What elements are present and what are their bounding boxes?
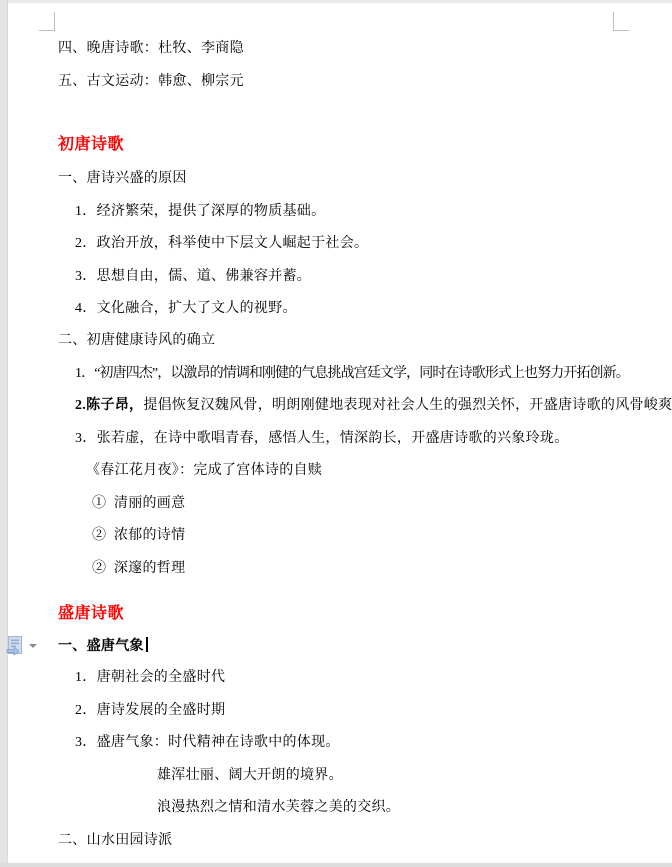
doc-line[interactable]: 五、古文运动：韩愈、柳宗元	[58, 73, 244, 91]
doc-line[interactable]: 1．“初唐四杰”，以激昂的情调和刚健的气息挑战宫廷文学，同时在诗歌形式上也努力开…	[75, 365, 629, 383]
text-run: 提倡恢复汉魏风骨，明朗刚健地表现对社会人生的强烈关怀，开盛唐诗歌的风骨峻爽。	[143, 398, 672, 413]
page-top-edge	[0, 0, 672, 3]
doc-line[interactable]: 一、唐诗兴盛的原因	[58, 170, 187, 188]
doc-line[interactable]: 二、山水田园诗派	[58, 832, 172, 850]
doc-line[interactable]: 4．文化融合，扩大了文人的视野。	[75, 300, 297, 318]
doc-line[interactable]: 3．张若虚，在诗中歌唱青春，感悟人生，情深韵长，开盛唐诗歌的兴象玲珑。	[75, 430, 569, 448]
doc-line[interactable]: ① 清丽的画意	[92, 495, 185, 513]
doc-line[interactable]: 3．盛唐气象：时代精神在诗歌中的体现。	[75, 734, 340, 752]
doc-line[interactable]: 《春江花月夜》：完成了宫体诗的自赎	[86, 462, 322, 480]
left-gutter	[0, 0, 8, 867]
margin-crop-mark-top-left	[39, 12, 55, 31]
doc-line[interactable]: ② 深邃的哲理	[92, 560, 185, 578]
doc-line[interactable]: 2．政治开放，科举使中下层文人崛起于社会。	[75, 235, 368, 253]
text-run: 一、盛唐气象	[58, 639, 144, 654]
doc-line[interactable]: 1．唐朝社会的全盛时代	[75, 669, 225, 687]
doc-line-with-caret[interactable]: 一、盛唐气象	[58, 637, 148, 656]
doc-line[interactable]: 浪漫热烈之情和清水芙蓉之美的交织。	[157, 799, 400, 817]
doc-line[interactable]: 二、初唐健康诗风的确立	[58, 332, 215, 350]
doc-line[interactable]: 1．经济繁荣，提供了深厚的物质基础。	[75, 203, 325, 221]
page-bottom-edge	[0, 863, 672, 867]
dropdown-arrow-icon	[29, 644, 37, 648]
doc-line[interactable]: 2．唐诗发展的全盛时期	[75, 702, 225, 720]
doc-line[interactable]: 雄浑壮丽、阔大开朗的境界。	[157, 767, 343, 785]
section-heading-early-tang[interactable]: 初唐诗歌	[58, 136, 124, 154]
margin-crop-mark-top-right	[613, 12, 629, 31]
paste-options-button[interactable]	[6, 634, 44, 658]
doc-line[interactable]: ② 浓郁的诗情	[92, 527, 185, 545]
doc-line[interactable]: 2.陈子昂，提倡恢复汉魏风骨，明朗刚健地表现对社会人生的强烈关怀，开盛唐诗歌的风…	[75, 397, 672, 415]
section-heading-high-tang[interactable]: 盛唐诗歌	[58, 605, 124, 623]
paste-options-document-icon	[6, 636, 24, 657]
doc-line[interactable]: 四、晚唐诗歌：杜牧、李商隐	[58, 40, 244, 58]
bold-run: 2.陈子昂，	[75, 398, 143, 413]
doc-line[interactable]: 3．思想自由，儒、道、佛兼容并蓄。	[75, 268, 311, 286]
text-caret	[146, 637, 148, 652]
